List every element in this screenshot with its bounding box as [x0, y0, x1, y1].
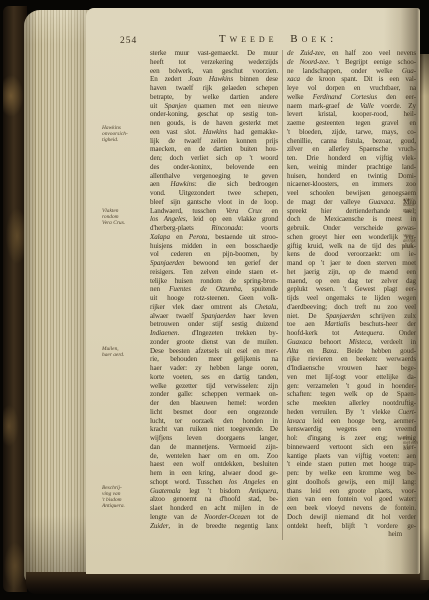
text-line: de, wentelen haer om en om. Zoo: [150, 452, 278, 461]
text-line: Guatemala legt 't bisdom Antiquera,: [150, 487, 278, 496]
text-line: Guaxaca behoort Misteca, verdeelt in: [287, 338, 416, 347]
text-line: rijke rievieren en beeken: werwaerds: [287, 355, 416, 364]
text-line: doch de Mexicaensche is meest in: [287, 215, 416, 224]
text-line: thans leid een groote plaets, voor-: [287, 487, 416, 496]
text-line: nen Fuentes de Otzumba, spuitende: [150, 285, 278, 294]
margin-note-muilen: Muilen,haer aerd.: [102, 346, 148, 358]
page-stack-fore-edge: [24, 10, 94, 584]
text-line: kens de dood veroorzaekt: om ie-: [287, 250, 416, 259]
text-line: alzoo genoemt na d'hoofd stad, be-: [150, 495, 278, 504]
text-line: pen: by welke een kromme weg be-: [287, 469, 416, 478]
text-line: des onder-koninx, belovende een: [150, 163, 278, 172]
text-line: d'herberg-plaets Rinconada: voorts: [150, 224, 278, 233]
text-line: Indiaenen. d'Ingezeten trekken by-: [150, 329, 278, 338]
text-line: telijke huisen rondom de spring-bron-: [150, 277, 278, 286]
text-line: Alta en Baxa. Beide hebben goud-: [287, 347, 416, 356]
text-line: leye vol dorpen en vruchtbaer, na: [287, 84, 416, 93]
text-line: nen gouds, is de haven gesterkt met: [150, 119, 278, 128]
text-line: veel schoolen bewijsen genoegsaem: [287, 189, 416, 198]
text-line: 't einde staen putten met hooge trap-: [287, 460, 416, 469]
text-line: maend, op een dag ter zelver dag: [287, 277, 416, 286]
margin-note-bisdom-antiquera: Beschrij-ving van't bisdomAntiquera.: [102, 485, 148, 509]
text-line: spreekt hier dertienderhande tael;: [287, 207, 416, 216]
text-line: ontdekt heeft, blijft 't vordere ge-: [287, 522, 416, 531]
text-line: heden verruilen. By 't vlekke Cuert-: [287, 408, 416, 417]
left-text-column: sterke muur vast-gemaeckt. De muurheeft …: [150, 49, 278, 530]
margin-note-hawkins-onvoorsichtigheid: Hawkinsonvoorsich-tigheid.: [102, 125, 148, 143]
text-line: schopt word. Tusschen los Angeles en: [150, 478, 278, 487]
text-line: een beek vloeyd nevens de fontein.: [287, 504, 416, 513]
text-line: gen: verzamelen 't goud in hoender-: [287, 382, 416, 391]
text-line: tael.: [403, 209, 418, 214]
text-line: Antiquera.: [102, 503, 148, 509]
text-line: het jaerig zijn, op de maend een: [287, 268, 416, 277]
text-line: betrapte, by welke dartien andere: [150, 93, 278, 102]
text-line: Vera Crux.: [102, 220, 148, 226]
text-line: Landwaerd, tusschen Vera Crux en: [150, 207, 278, 216]
text-line: lavaca leid een hooge berg, aenmer-: [287, 417, 416, 426]
text-line: haer aerd.: [102, 352, 148, 358]
text-line: een vast slot. Hawkins had gemakke-: [150, 128, 278, 137]
text-line: huisen, honderd en twintig Domi-: [287, 172, 416, 181]
text-line: zonder groote dienst van de muilen.: [150, 338, 278, 347]
text-line: reisigers. Ten zelven einde staen et-: [150, 268, 278, 277]
text-line: ven met lijf-togt voor ettelijke da-: [287, 373, 416, 382]
text-line: tigheid.: [102, 137, 148, 143]
text-line: maecken, en de dartien buiten hou-: [150, 145, 278, 154]
text-line: slaet honderd en acht mijlen in de: [150, 504, 278, 513]
text-line: hem in een kring, alwaer dood ge-: [150, 469, 278, 478]
text-line: Doch dewijl niemand dit hol verder: [287, 513, 416, 522]
text-line: schaften: tegen welk op de Spaen-: [287, 390, 416, 399]
facing-page-edge: [420, 54, 429, 580]
text-line: der den blaeuwen hemel: worden: [150, 399, 278, 408]
text-line: aen Hawkins: die sich bedroogen: [150, 180, 278, 189]
text-line: heim: [287, 530, 416, 539]
text-line: alwaer twaelf Spanjaerden haer leven: [150, 312, 278, 321]
text-line: En zedert Joan Hawkins binnen dese: [150, 75, 278, 84]
text-line: d'aerdbeeving; doch treft nu zoo veel: [287, 303, 416, 312]
text-line: kenswaerdig wegens een vreemd: [287, 425, 416, 434]
text-line: 't bloeden, zijde, tarwe, mays, co-: [287, 128, 416, 137]
text-line: ne landschappen, onder welke Gua-: [287, 67, 416, 76]
text-line: sterke muur vast-gemaeckt. De muur: [150, 49, 278, 58]
text-line: wijfjens leven doorgaens langer,: [150, 434, 278, 443]
text-line: Dese beesten afzetsels uit esel en mer-: [150, 347, 278, 356]
text-line: niet. De Spanjaerden schrijven zulx: [287, 312, 416, 321]
text-line: ken, weinig minder prachtige land-: [287, 163, 416, 172]
text-line: tijds veel ongemaks te lijden wegen: [287, 294, 416, 303]
page-number: 254: [120, 36, 137, 46]
text-line: de Noord-zee. 't Begrijpt eenige schoo-: [287, 58, 416, 67]
text-line: giftig kruid, welk na de tijd des pluk-: [287, 242, 416, 251]
text-line: kracht van ruiken niet toegevende. De: [150, 425, 278, 434]
running-title: Tweede Boek:: [198, 33, 358, 45]
text-line: heeft tot verzekering wederzijds: [150, 58, 278, 67]
text-line: uit hooge rotz-steenen. Geen volk-: [150, 294, 278, 303]
text-line: rijker vlek daer omtrent als Chetala,: [150, 303, 278, 312]
text-line: zaeme gesteenten tegen gravel en: [287, 119, 416, 128]
text-line: ten. Drie honderd en vijftig vlek-: [287, 154, 416, 163]
text-line: dan de mannetjens. Vermoeid zijn-: [150, 443, 278, 452]
text-line: los Angeles, leid op een vlakke grond: [150, 215, 278, 224]
text-line: haer vader: zy hebben lange ooren,: [150, 364, 278, 373]
text-line: huisjens midden in een bosschaedje: [150, 242, 278, 251]
text-line: een bolwerk, van geschut voorzien.: [150, 67, 278, 76]
page-stack-shading: [24, 10, 94, 584]
text-line: Spanjaerden bewoond ten gerief der: [150, 259, 278, 268]
text-line: gint doolhofs gewijs, een mijl lang:: [287, 478, 416, 487]
text-line: toe aen Martialis beschuts-heer der: [287, 320, 416, 329]
text-line: welke gezetter tijd verwisselen: zijn: [150, 382, 278, 391]
text-line: haven twaelf rijk gelaeden schepen: [150, 84, 278, 93]
text-line: vond. Uitgezondert twee schepen,: [150, 189, 278, 198]
text-line: haest een wolf ontdekken, besluiten: [150, 460, 278, 469]
text-line: welke Ferdinand Cortesius den eer-: [287, 93, 416, 102]
text-line: rie, behouden meer gelijkenis na: [150, 355, 278, 364]
text-line: binnewaerd vertoont sich een vier-: [287, 443, 416, 452]
book-photograph: 254 Tweede Boek: sterke muur vast-gemaec…: [0, 0, 429, 600]
text-line: zilver en allerley Spaensche vruch-: [287, 145, 416, 154]
right-text-column: de Zuid-zee, en half zoo veel nevensde N…: [287, 49, 416, 539]
text-line: hol.: [403, 447, 418, 452]
column-divider-rule: [282, 50, 283, 540]
text-line: geplukt wesen. 't Gewest plagt eer-: [287, 285, 416, 294]
text-line: levert kristal, kooper-rood, heil-: [287, 110, 416, 119]
margin-note-right-talen: alder-handetael.: [403, 198, 418, 214]
text-line: d'Indiaensche vrouwen haer bege-: [287, 364, 416, 373]
text-line: de Zuid-zee, en half zoo veel nevens: [287, 49, 416, 58]
text-line: allenthalve vergenoeging te geven: [150, 172, 278, 181]
text-line: nicaener-kloosters, en immers zoo: [287, 180, 416, 189]
book-bottom-edge: [26, 572, 429, 594]
text-line: schen groeyt hier een wonderlijk ver-: [287, 233, 416, 242]
text-line: chenillie, canna fistula, bezoar, goud,: [287, 137, 416, 146]
text-line: lijk de twaelf zeilen konnen prijs: [150, 137, 278, 146]
text-line: licht besmet door een ongezonde: [150, 408, 278, 417]
text-line: kantige plaets van vijftig voeten: aen: [287, 452, 416, 461]
text-line: Zuider, in de breedte negentig lanx: [150, 522, 278, 531]
text-line: lengte van de Noorder-Oceaen tot de: [150, 513, 278, 522]
text-line: zonder galle: scheppen vermaek on-: [150, 390, 278, 399]
text-line: hol: d'ingang is zeer eng; weinig: [287, 434, 416, 443]
text-line: korte voeten, ses en dartig tanden,: [150, 373, 278, 382]
text-line: zien van een fontein vol goed water:: [287, 495, 416, 504]
margin-note-right-hol: Bergmet eenhol.: [403, 436, 418, 452]
text-line: sche meekten allerley nootdruftig-: [287, 399, 416, 408]
text-line: kruid.: [403, 245, 418, 250]
text-line: lucht, ter oorzaek den honden in: [150, 417, 278, 426]
text-line: uit Spanjen quamen met een nieuwe: [150, 102, 278, 111]
text-line: de magt der valleye Guaxaca. Men: [287, 198, 416, 207]
margin-note-vlakten-vera-crux: VlaktenrondomVera Crux.: [102, 208, 148, 226]
margin-note-right-kruid: Won-derlijkkruid.: [403, 234, 418, 250]
text-line: hoofd-kerk tot Antequera. Onder: [287, 329, 416, 338]
text-line: Xalapa en Perota, bestaende uit stroo-: [150, 233, 278, 242]
text-line: den; doch verliet sich op 't woord: [150, 154, 278, 163]
book-page: 254 Tweede Boek: sterke muur vast-gemaec…: [86, 8, 420, 574]
text-line: xaca de kroon spant. Dit is een val-: [287, 75, 416, 84]
text-line: onder-koning, geschat op sestig ton-: [150, 110, 278, 119]
text-line: mand op 't jaer te doen sterven moet: [287, 259, 416, 268]
text-line: bleef sijn gantsche vloot in de loop.: [150, 198, 278, 207]
text-line: gebruik. Onder verscheide gewas-: [287, 224, 416, 233]
text-line: naem mark-graef de Valle voerde. Zy: [287, 102, 416, 111]
text-line: betrouwen onder stijf sestig duizend: [150, 320, 278, 329]
text-line: vol cederen en pijn-boomen, by: [150, 250, 278, 259]
